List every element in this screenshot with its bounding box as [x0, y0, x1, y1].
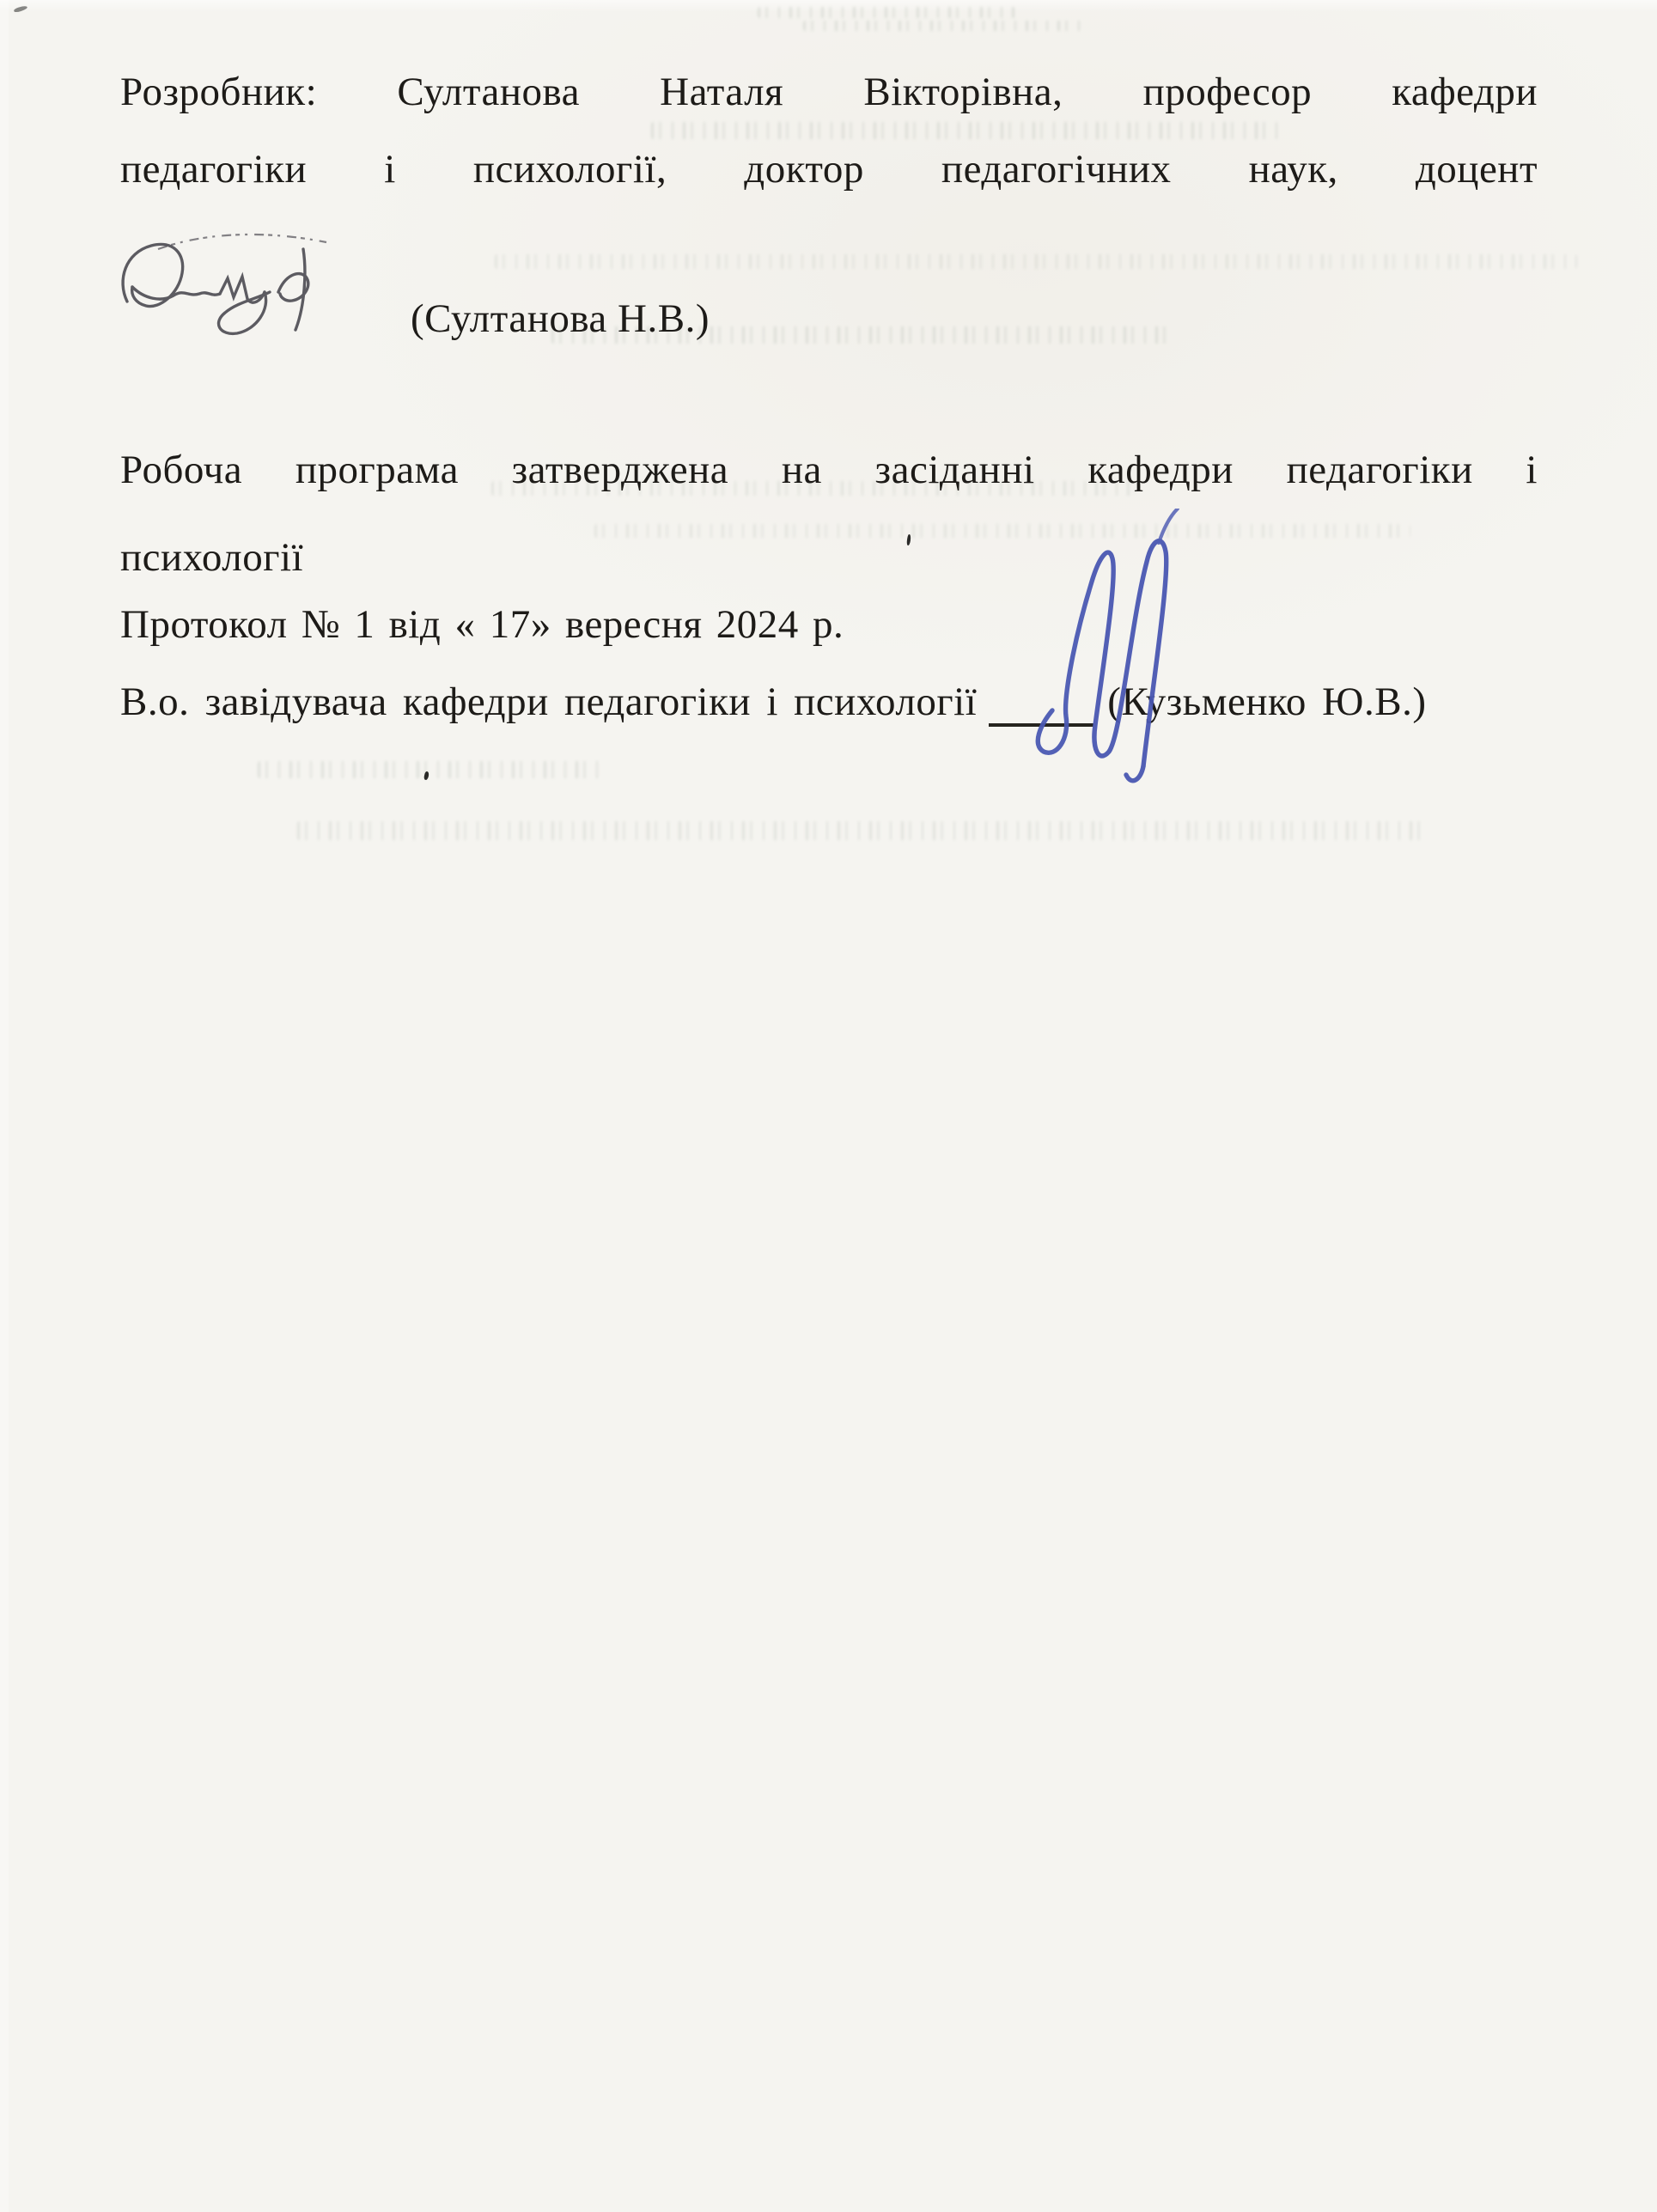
- approval-line-2: психології: [120, 538, 1538, 578]
- developer-line-1: Розробник: Султанова Наталя Вікторівна, …: [120, 72, 1538, 113]
- scan-speck: [14, 5, 28, 14]
- developer-signature: [110, 220, 342, 344]
- head-signature: [1016, 509, 1248, 796]
- approval-line-1: Робоча програма затверджена на засіданні…: [120, 450, 1538, 491]
- scan-speck: [423, 771, 429, 781]
- head-line: В.о. завідувача кафедри педагогіки і пси…: [120, 682, 1538, 727]
- developer-line-2: педагогіки і психології, доктор педагогі…: [120, 149, 1538, 190]
- head-line-prefix: В.о. завідувача кафедри педагогіки і пси…: [120, 679, 977, 724]
- scanned-document-page: Розробник: Султанова Наталя Вікторівна, …: [0, 0, 1657, 2212]
- bleed-through-smudge: [651, 122, 1278, 139]
- bleed-through-smudge: [803, 21, 1082, 31]
- developer-caption: (Султанова Н.В.): [411, 299, 710, 339]
- protocol-line: Протокол № 1 від « 17» вересня 2024 р.: [120, 605, 1538, 645]
- bleed-through-smudge: [594, 524, 1410, 538]
- bleed-through-smudge: [297, 821, 1427, 840]
- bleed-through-smudge: [758, 7, 1015, 18]
- bleed-through-smudge: [495, 254, 1577, 269]
- bleed-through-smudge: [258, 761, 601, 778]
